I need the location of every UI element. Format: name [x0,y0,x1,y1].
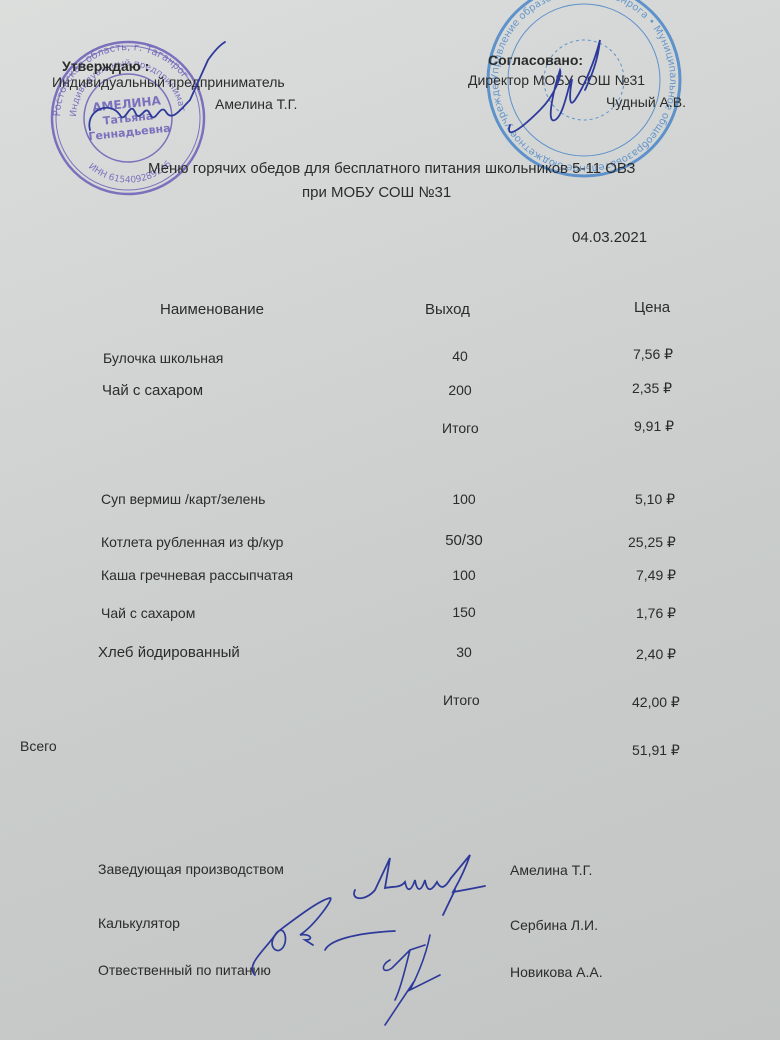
menu-date: 04.03.2021 [572,229,647,246]
signature-novikova [370,930,460,1030]
header-name: Наименование [160,301,264,318]
grand-total-label: Всего [20,738,57,754]
signature-name: Новикова А.А. [510,964,603,980]
header-price: Цена [634,299,670,316]
item-output: 150 [434,604,494,620]
item-output: 50/30 [434,532,494,549]
item-price: 5,10 ₽ [635,491,675,508]
subtotal-value: 42,00 ₽ [632,694,680,711]
header-output: Выход [425,301,470,318]
item-name: Булочка школьная [103,350,223,366]
item-name: Чай с сахаром [101,605,195,621]
item-price: 7,49 ₽ [636,567,676,584]
menu-subtitle: при МОБУ СОШ №31 [302,184,451,201]
agree-signature [500,30,620,140]
signature-role: Заведующая производством [98,861,284,877]
item-price: 25,25 ₽ [628,534,676,551]
item-name: Суп вермиш /карт/зелень [101,491,265,507]
subtotal-label: Итого [442,420,479,436]
menu-title: Меню горячих обедов для бесплатного пита… [148,160,635,177]
item-price: 7,56 ₽ [633,346,673,363]
item-name: Чай с сахаром [102,382,203,399]
item-price: 1,76 ₽ [636,605,676,622]
signature-role: Калькулятор [98,915,180,931]
subtotal-value: 9,91 ₽ [634,418,674,435]
signature-name: Амелина Т.Г. [510,862,592,878]
subtotal-label: Итого [443,692,480,708]
item-price: 2,40 ₽ [636,646,676,663]
approve-signature [80,40,240,150]
item-output: 30 [434,644,494,660]
item-output: 200 [430,382,490,398]
item-output: 100 [434,491,494,507]
item-name: Каша гречневая рассыпчатая [101,567,293,583]
grand-total-value: 51,91 ₽ [632,742,680,759]
item-output: 40 [430,348,490,364]
item-name: Котлета рубленная из ф/кур [101,534,283,550]
signature-name: Сербина Л.И. [510,917,598,933]
item-output: 100 [434,567,494,583]
item-name: Хлеб йодированный [98,644,240,661]
item-price: 2,35 ₽ [632,380,672,397]
